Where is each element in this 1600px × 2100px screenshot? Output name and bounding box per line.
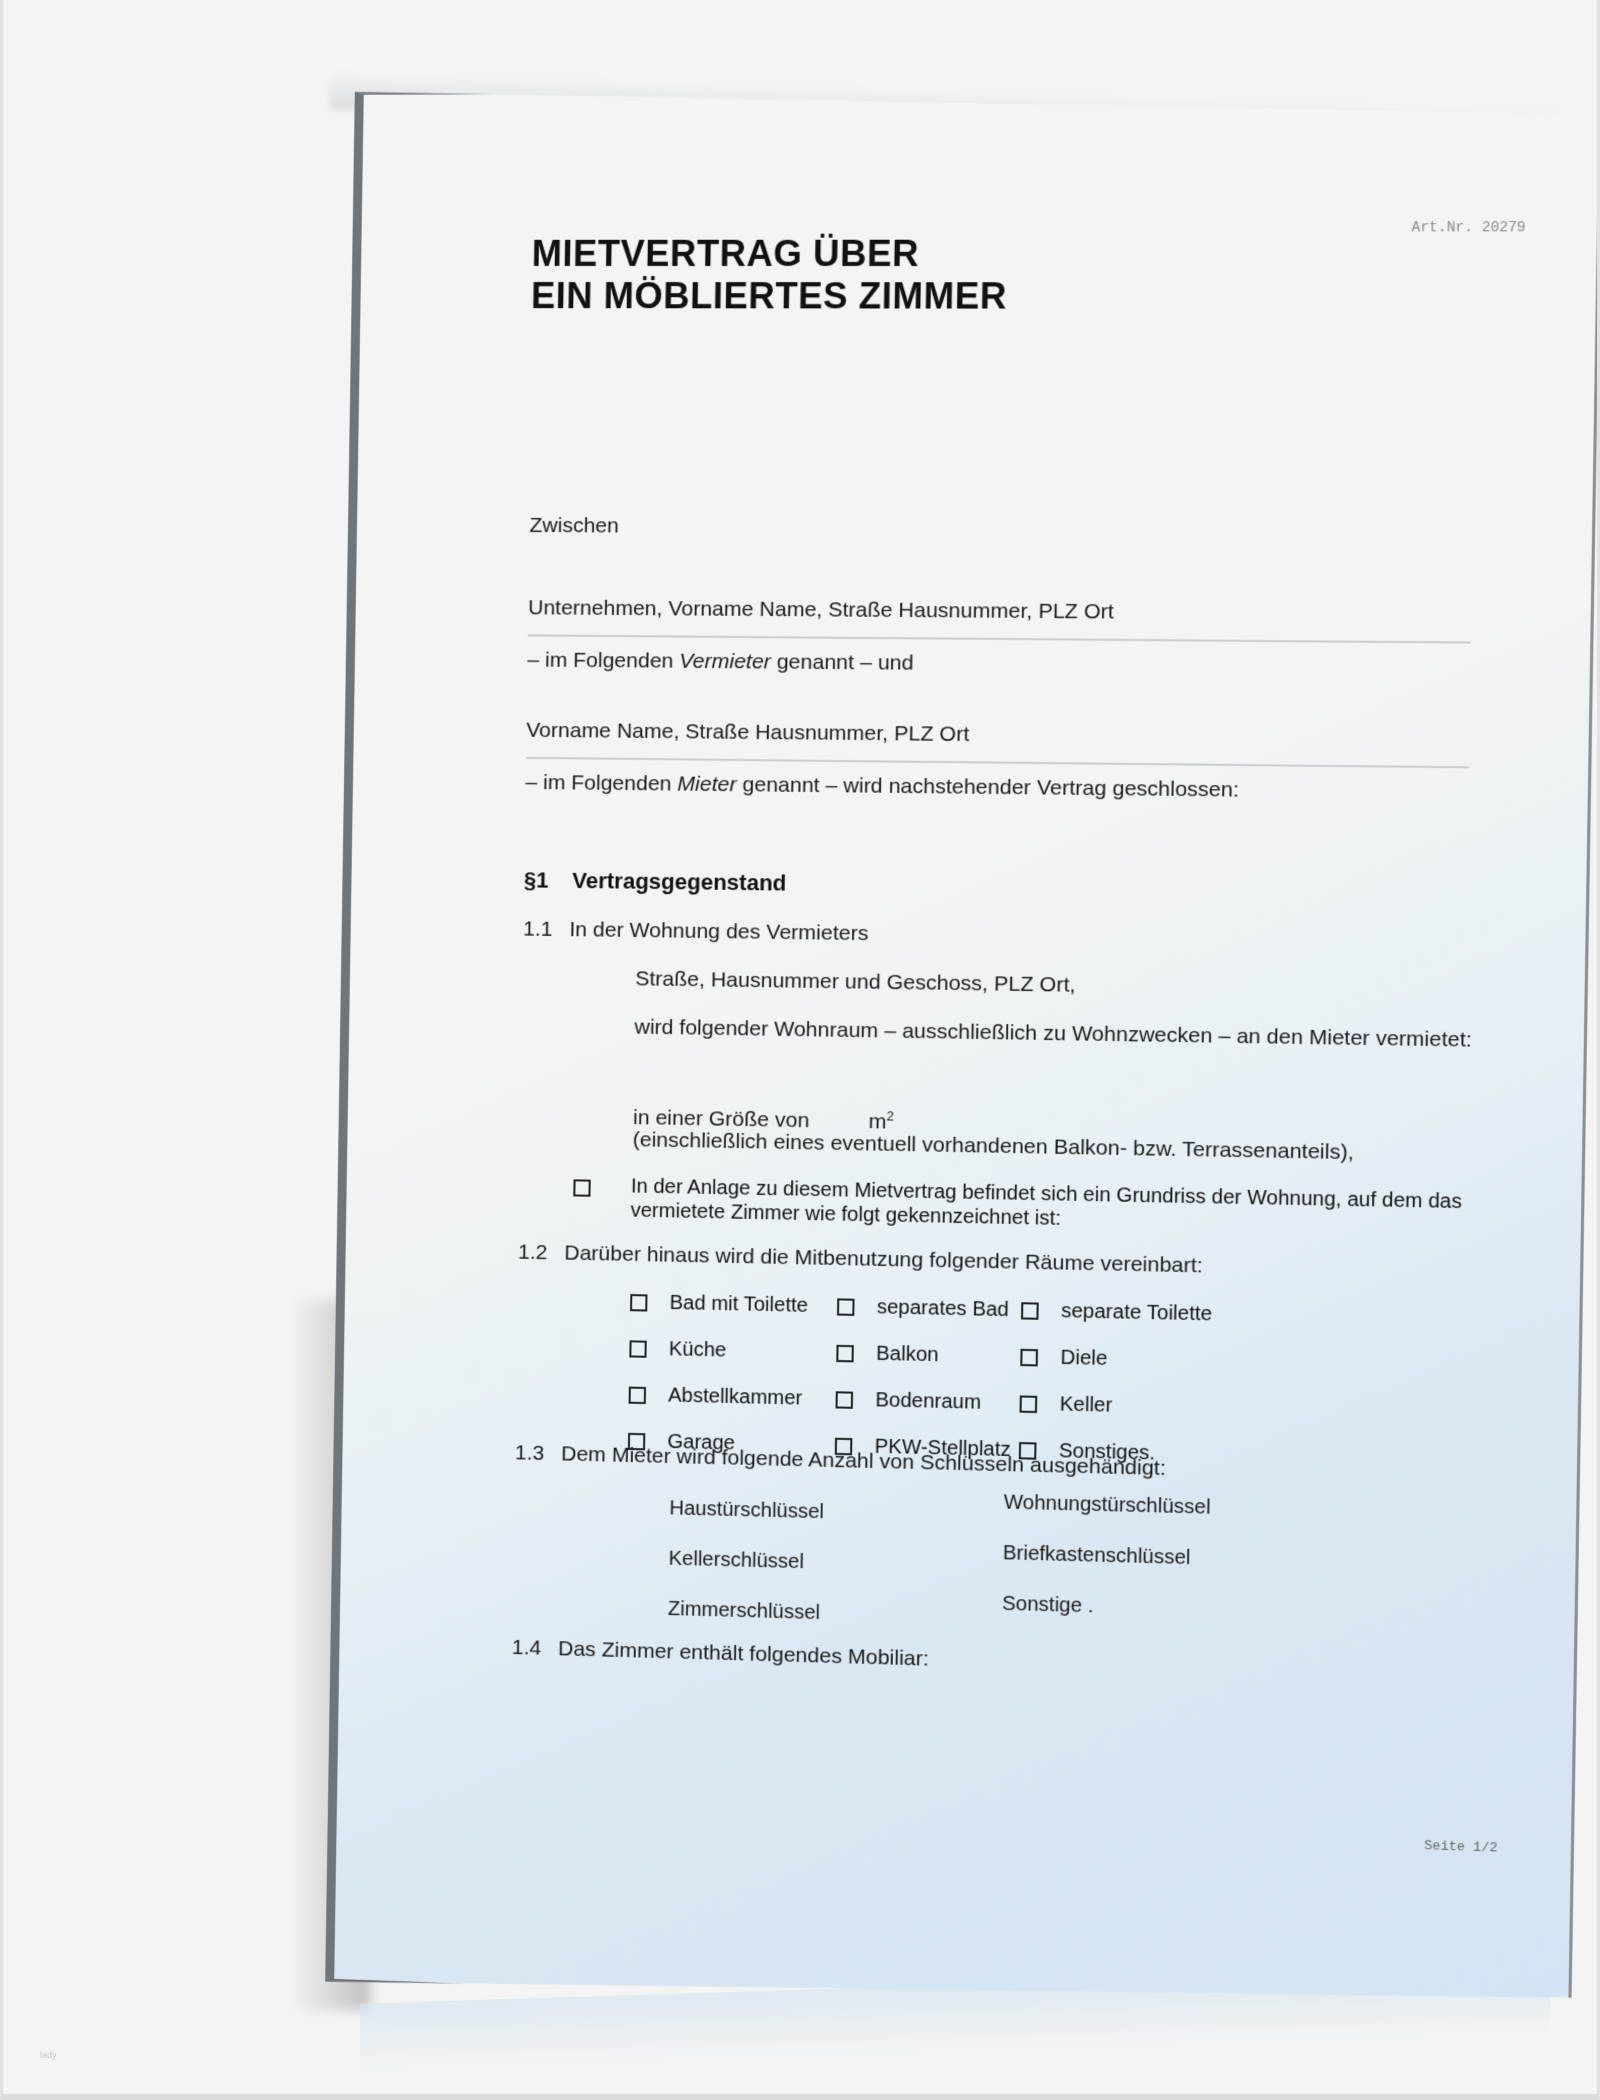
- key-item-sonstige: Sonstige .: [1002, 1593, 1094, 1619]
- room-option-keller: Keller: [1019, 1392, 1112, 1417]
- tenant-field[interactable]: Vorname Name, Straße Hausnummer, PLZ Ort: [526, 719, 969, 747]
- tenant-role-suffix: genannt – wird nachstehender Vertrag ges…: [736, 773, 1239, 802]
- document-page: Art.Nr. 20279 MIETVERTRAG ÜBER EIN MÖBLI…: [325, 88, 1600, 2025]
- floorplan-option: In der Anlage zu diesem Mietvertrag befi…: [573, 1173, 1462, 1238]
- room-label-keller: Keller: [1060, 1393, 1113, 1418]
- landlord-role-prefix: – im Folgenden: [527, 648, 679, 672]
- room-checkbox-balkon[interactable]: [836, 1345, 854, 1363]
- room-label-separates-bad: separates Bad: [877, 1296, 1009, 1322]
- key-item-briefkastenschlüssel: Briefkastenschlüssel: [1003, 1542, 1191, 1570]
- landlord-role-suffix: genannt – und: [771, 650, 914, 674]
- watermark-text: lady: [40, 2050, 57, 2060]
- parties-intro: Zwischen: [529, 514, 619, 539]
- room-size-unit: m: [868, 1110, 886, 1134]
- room-size-unit-exponent: 2: [886, 1108, 894, 1123]
- document-title: MIETVERTRAG ÜBER EIN MÖBLIERTES ZIMMER: [531, 233, 1008, 318]
- item-1-3-number: 1.3: [515, 1441, 562, 1466]
- key-item-haustürschlüssel: Haustürschlüssel: [669, 1497, 824, 1524]
- item-1-1: 1.1In der Wohnung des Vermieters: [523, 917, 869, 946]
- rental-purpose: wird folgender Wohnraum – ausschließlich…: [634, 1015, 1472, 1052]
- room-option-küche: Küche: [629, 1337, 726, 1362]
- key-item-kellerschlüssel: Kellerschlüssel: [668, 1548, 804, 1575]
- room-option-balkon: Balkon: [836, 1342, 939, 1367]
- item-1-4-text: Das Zimmer enthält folgendes Mobiliar:: [558, 1637, 929, 1671]
- room-checkbox-küche[interactable]: [629, 1340, 646, 1357]
- room-option-bodenraum: Bodenraum: [835, 1388, 981, 1415]
- room-option-separates-bad: separates Bad: [837, 1295, 1009, 1322]
- item-1-1-text: In der Wohnung des Vermieters: [569, 918, 868, 945]
- tenant-role-prefix: – im Folgenden: [525, 771, 677, 796]
- room-option-diele: Diele: [1020, 1346, 1107, 1371]
- section-1-number: §1: [524, 867, 573, 894]
- title-line-1: MIETVERTRAG ÜBER: [531, 233, 1008, 276]
- room-checkbox-separates-bad[interactable]: [837, 1298, 855, 1316]
- room-checkbox-bad-mit-toilette[interactable]: [630, 1294, 647, 1311]
- room-label-küche: Küche: [669, 1338, 727, 1362]
- page-indicator: Seite 1/2: [1424, 1838, 1498, 1856]
- section-1-title: Vertragsgegenstand: [572, 868, 786, 896]
- floorplan-text: In der Anlage zu diesem Mietvertrag befi…: [630, 1174, 1462, 1238]
- item-1-2: 1.2Darüber hinaus wird die Mitbenutzung …: [518, 1241, 1203, 1279]
- tenant-role: – im Folgenden Mieter genannt – wird nac…: [525, 771, 1239, 803]
- article-number: Art.Nr. 20279: [1411, 220, 1525, 236]
- item-1-4: 1.4Das Zimmer enthält folgendes Mobiliar…: [512, 1636, 929, 1672]
- title-line-2: EIN MÖBLIERTES ZIMMER: [531, 275, 1008, 318]
- tenant-role-term: Mieter: [677, 772, 737, 796]
- key-item-zimmerschlüssel: Zimmerschlüssel: [668, 1598, 821, 1625]
- key-item-wohnungstürschlüssel: Wohnungstürschlüssel: [1004, 1491, 1211, 1519]
- room-label-diele: Diele: [1060, 1347, 1107, 1371]
- item-1-2-text: Darüber hinaus wird die Mitbenutzung fol…: [564, 1241, 1203, 1277]
- apartment-address-field[interactable]: Straße, Hausnummer und Geschoss, PLZ Ort…: [635, 967, 1076, 998]
- room-checkbox-diele[interactable]: [1020, 1349, 1038, 1367]
- room-option-bad-mit-toilette: Bad mit Toilette: [630, 1291, 808, 1318]
- room-size-note: (einschließlich eines eventuell vorhande…: [633, 1128, 1354, 1165]
- landlord-role-term: Vermieter: [679, 650, 771, 674]
- room-label-balkon: Balkon: [876, 1343, 939, 1368]
- room-option-abstellkammer: Abstellkammer: [629, 1384, 803, 1411]
- room-checkbox-bodenraum[interactable]: [836, 1391, 854, 1409]
- tenant-underline: [526, 757, 1469, 769]
- room-label-bad-mit-toilette: Bad mit Toilette: [669, 1292, 808, 1318]
- room-size-field[interactable]: [809, 1127, 868, 1128]
- room-checkbox-separate-toilette[interactable]: [1021, 1302, 1039, 1320]
- room-label-separate-toilette: separate Toilette: [1061, 1300, 1212, 1327]
- item-1-2-number: 1.2: [518, 1241, 565, 1266]
- room-option-separate-toilette: separate Toilette: [1021, 1299, 1212, 1326]
- landlord-underline: [528, 634, 1471, 643]
- room-checkbox-abstellkammer[interactable]: [629, 1387, 646, 1404]
- room-label-abstellkammer: Abstellkammer: [668, 1384, 803, 1410]
- item-1-1-number: 1.1: [523, 917, 570, 942]
- landlord-field[interactable]: Unternehmen, Vorname Name, Straße Hausnu…: [528, 596, 1114, 624]
- room-checkbox-keller[interactable]: [1020, 1395, 1038, 1413]
- floorplan-checkbox[interactable]: [573, 1179, 590, 1196]
- landlord-role: – im Folgenden Vermieter genannt – und: [527, 648, 914, 675]
- section-1-heading: §1Vertragsgegenstand: [524, 867, 787, 896]
- item-1-4-number: 1.4: [512, 1636, 559, 1661]
- room-label-bodenraum: Bodenraum: [875, 1389, 981, 1415]
